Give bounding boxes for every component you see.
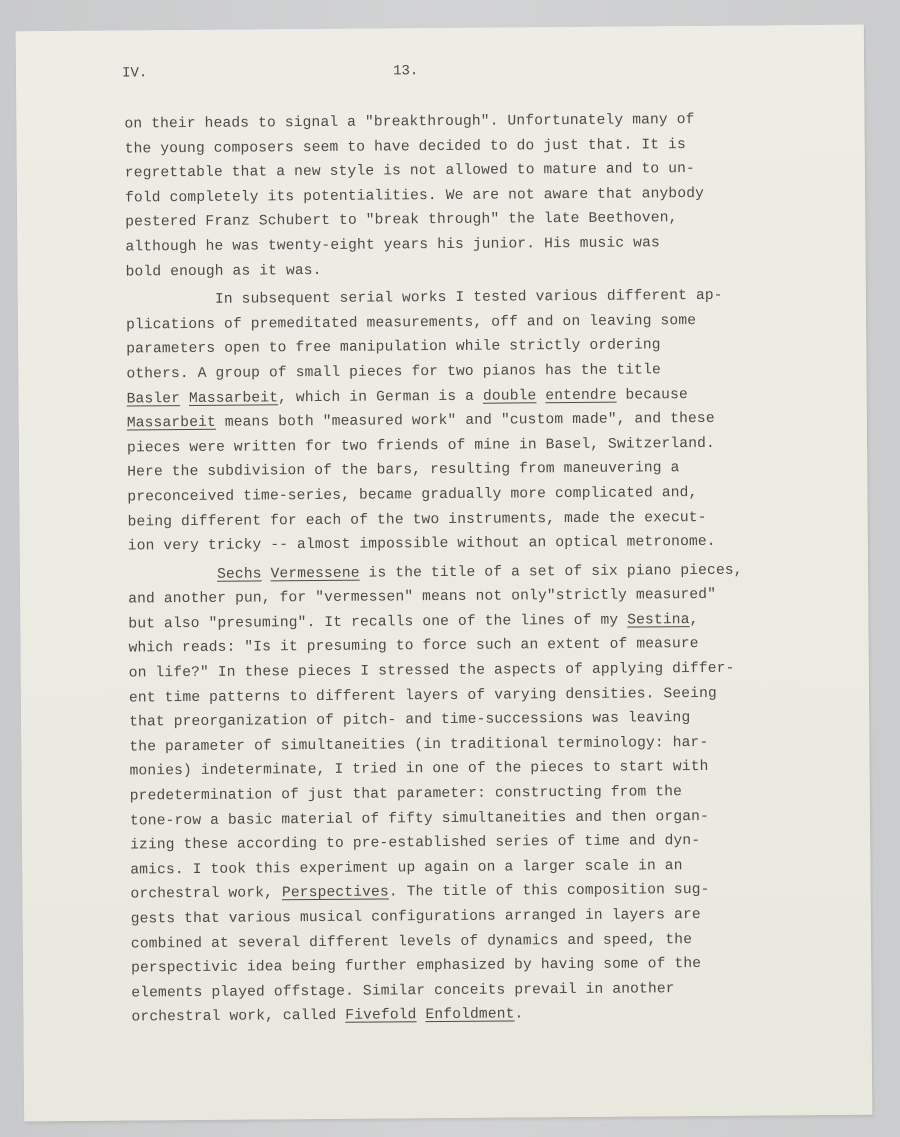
text-segment: parameters open to free manipulation whi… [126,338,661,358]
text-segment: that preorganization of pitch- and time-… [129,710,690,730]
text-segment: perspectivic idea being further emphasiz… [131,956,701,976]
text-segment: because [617,387,688,404]
text-segment: although he was twenty-eight years his j… [125,235,660,255]
text-segment [416,1008,425,1024]
text-segment [536,388,545,404]
text-segment: izing these according to pre-established… [130,833,700,853]
text-segment: but also "presuming". It recalls one of … [128,612,627,632]
text-segment: monies) indeterminate, I tried in one of… [129,759,708,780]
text-segment: is the title of a set of six piano piece… [360,562,743,581]
text-segment: Here the subdivision of the bars, result… [127,460,679,480]
underlined-title: Massarbeit [127,415,216,432]
text-segment: amics. I took this experiment up again o… [130,858,682,878]
text-segment: gests that various musical configuration… [131,907,701,927]
paragraph: Sechs Vermessene is the title of a set o… [128,558,852,1031]
typewritten-page: IV. 13. on their heads to signal a "brea… [16,25,873,1122]
page-header: IV. 13. [122,62,522,85]
underlined-title: entendre [545,387,616,404]
text-segment [262,566,271,582]
text-segment: pestered Franz Schubert to "break throug… [125,211,677,231]
text-segment: combined at several different levels of … [131,932,692,952]
text-segment: orchestral work, [130,886,282,903]
text-segment: regrettable that a new style is not allo… [125,161,695,181]
text-segment: plications of premeditated measurements,… [126,313,696,333]
underlined-title: Fivefold [345,1008,416,1025]
text-segment: on their heads to signal a "breakthrough… [124,112,694,132]
text-segment: the young composers seem to have decided… [125,137,686,157]
text-segment: fold completely its potentialities. We a… [125,186,704,207]
underlined-title: Sechs [217,566,262,582]
text-segment: means both "measured work" and "custom m… [216,411,715,431]
text-segment: elements played offstage. Similar concei… [131,981,674,1001]
text-segment: tone-row a basic material of fifty simul… [130,809,709,830]
paragraph: on their heads to signal a "breakthrough… [124,107,845,285]
underlined-title: Basler [127,391,181,407]
underlined-title: Vermessene [270,565,359,582]
text-segment: . The title of this composition sug- [389,882,710,901]
text-segment: predetermination of just that parameter:… [130,784,682,804]
page-number: 13. [393,63,418,79]
text-line: orchestral work, called Fivefold Enfoldm… [131,1000,851,1030]
text-segment: In subsequent serial works I tested vari… [126,288,723,309]
text-segment: orchestral work, called [131,1008,345,1026]
text-segment: ion very tricky -- almost impossible wit… [128,534,716,555]
text-segment: bold enough as it was. [126,263,322,281]
text-segment: pieces were written for two friends of m… [127,436,715,457]
text-segment: preconceived time-series, became gradual… [127,485,697,505]
text-segment: , which in German is a [278,388,483,406]
text-segment: . [514,1007,523,1023]
text-segment: and another pun, for "vermessen" means n… [128,587,716,608]
text-segment: on life?" In these pieces I stressed the… [129,661,735,682]
underlined-title: Enfoldment [425,1007,514,1024]
text-segment: others. A group of small pieces for two … [126,362,661,382]
underlined-title: double [483,388,537,404]
text-segment: , [690,612,699,628]
text-segment: which reads: "Is it presuming to force s… [129,636,699,656]
body-text: on their heads to signal a "breakthrough… [124,107,851,1031]
text-segment: ent time patterns to different layers of… [129,686,717,707]
underlined-title: Perspectives [282,885,389,902]
underlined-title: Massarbeit [189,390,278,407]
text-segment: being different for each of the two inst… [128,509,707,530]
paragraph: In subsequent serial works I tested vari… [126,283,848,559]
text-segment: the parameter of simultaneities (in trad… [129,735,708,756]
underlined-title: Sestina [627,612,689,628]
text-segment [128,566,217,583]
section-label: IV. [122,65,147,81]
